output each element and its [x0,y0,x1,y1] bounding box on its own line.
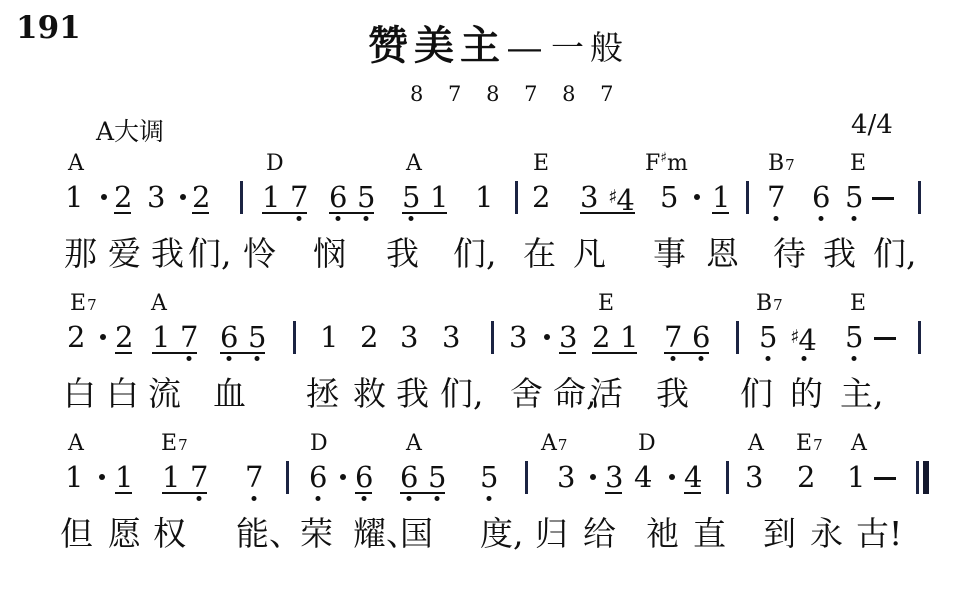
note-digit: 7 [245,462,262,492]
meter-numbers: 8 7 8 7 8 7 [410,82,623,106]
note-digit: ♯4 [790,322,817,352]
low-octave-dot [801,356,806,361]
beam-group: 65 [220,322,265,354]
note-digit: 7 [767,182,784,212]
digit: 2 [532,180,550,214]
digit: 5 [480,460,498,494]
key-signature-label: A大调 [96,112,164,148]
note-digit: 3 [442,322,459,352]
digit: 1 [115,460,133,494]
digit: 3 [147,180,165,214]
note-digit: 5 [248,322,265,352]
digit: 7 [245,460,263,494]
barline [293,321,296,354]
chord-symbol: B7 [768,151,795,176]
chord-seventh: 7 [813,436,823,454]
digit: 1 [430,180,448,214]
beam-group: 21 [592,322,637,354]
note-digit: 5 [845,182,862,212]
digit: 5 [428,460,446,494]
digit: 3 [745,460,763,494]
note-digit: ♯4 [608,182,635,212]
note-digit: 1 [475,182,492,212]
lyric-char: 祂 [646,516,679,552]
note-digit: 3 [509,322,526,352]
duration-dot [694,194,700,200]
note-digit: 6 [400,462,417,492]
digit: 5 [357,180,375,214]
note-digit: 6 [329,182,346,212]
extension-dash [874,337,896,340]
duration-dot [340,474,346,480]
digit: 3 [400,320,418,354]
duration-dot [544,334,550,340]
low-octave-dot [296,216,301,221]
note-digit: 6 [355,462,372,494]
time-signature: 4/4 [851,110,893,140]
note-digit: 1 [620,322,637,352]
chord-sharp-sign: ♯ [660,150,667,166]
lyric-char: 爱 [108,236,141,272]
extension-dash [872,197,894,200]
lyric-char: 给 [583,516,616,552]
barline [918,181,921,214]
digit: 6 [400,460,418,494]
lyric-char: 我 [151,236,184,272]
low-octave-dot [361,496,366,501]
low-octave-dot [408,216,413,221]
digit: 7 [290,180,308,214]
note-digit: 1 [847,462,864,492]
note-digit: 1 [65,182,82,212]
digit: 5 [845,180,863,214]
beam-group: 17 [162,462,207,494]
chord-seventh: 7 [558,436,568,454]
digit: 1 [847,460,865,494]
low-octave-dot [254,356,259,361]
digit: 7 [767,180,785,214]
lyric-char: 舍 [510,376,543,412]
chord-symbol: A7 [541,431,567,456]
digit: 2 [114,180,132,214]
beam-group: 3♯4 [580,182,635,214]
beam-group: 17 [262,182,307,214]
chord-symbol: D [638,431,656,456]
note-row: 22176512333321765♯45 [0,322,960,358]
digit: 6 [692,320,710,354]
low-octave-dot [773,216,778,221]
barline [525,461,528,494]
note-digit: 5 [480,462,497,492]
note-digit: 6 [309,462,326,492]
chord-symbol: A [151,291,167,316]
digit: 1 [620,320,638,354]
lyric-char: 永 [810,516,843,552]
note-digit: 7 [190,462,207,492]
chord-symbol: A [851,431,867,456]
low-octave-dot [196,496,201,501]
note-digit: 2 [360,322,377,352]
low-octave-dot [434,496,439,501]
lyric-char: 我 [823,236,856,272]
lyric-char: 归 [535,516,568,552]
duration-dot [100,334,106,340]
lyric-row: 但愿权能、荣耀、国度,归给祂直到永古! [0,516,960,560]
beam-group: 76 [664,322,709,354]
beam-group: 17 [152,322,197,354]
chord-symbol: D [310,431,328,456]
digit: 6 [309,460,327,494]
digit: 1 [152,320,170,354]
chord-symbol: E7 [796,431,823,456]
lyric-char: 我 [396,376,429,412]
title-separator: — [508,29,541,67]
lyric-char: 能、 [236,516,302,552]
lyric-row: 那爱我们,怜悯我们,在凡事恩待我们, [0,236,960,280]
duration-dot [99,474,105,480]
note-digit: 2 [114,182,131,214]
digit: 7 [664,320,682,354]
hymn-sheet: 191 赞美主 — 一般 8 7 8 7 8 7 A大调 4/4 ADAEF♯m… [0,0,960,589]
chord-symbol: B7 [756,291,783,316]
note-digit: 1 [65,462,82,492]
digit: 2 [360,320,378,354]
chord-symbol: A [748,431,764,456]
digit: 3 [509,320,527,354]
chord-symbol: E [598,291,614,316]
lyric-char: 们 [740,376,773,412]
note-digit: 6 [692,322,709,352]
digit: 3 [580,180,598,214]
lyric-char: 权 [153,516,186,552]
note-digit: 2 [532,182,549,212]
digit: 3 [605,460,623,494]
chord-symbol: E [850,291,866,316]
lyric-char: 白 [106,376,139,412]
lyric-char: 们, [188,236,232,272]
note-digit: 2 [115,322,132,354]
duration-dot [669,474,675,480]
final-barline [916,461,930,494]
chord-symbol: E7 [70,291,97,316]
barline [240,181,243,214]
lyric-char: 度, [480,516,524,552]
note-digit: 5 [759,322,776,352]
barline [736,321,739,354]
barline [918,321,921,354]
note-digit: 3 [400,322,417,352]
digit: 2 [797,460,815,494]
chord-symbol: A [68,151,84,176]
barline [515,181,518,214]
note-digit: 1 [115,462,132,494]
note-digit: 5 [845,322,862,352]
lyric-char: 在 [523,236,556,272]
chord-seventh: 7 [178,436,188,454]
digit: 3 [557,460,575,494]
lyric-char: 的 [790,376,823,412]
digit: 1 [712,180,730,214]
note-digit: 1 [262,182,279,212]
lyric-char: 直 [693,516,726,552]
note-digit: 1 [152,322,169,352]
chord-symbol: A [406,431,422,456]
digit: 5 [759,320,777,354]
note-digit: 3 [745,462,762,492]
low-octave-dot [406,496,411,501]
note-digit: 6 [220,322,237,352]
digit: 3 [559,320,577,354]
digit: 2 [67,320,85,354]
note-digit: 6 [812,182,829,212]
extension-dash [874,477,896,480]
note-digit: 1 [320,322,337,352]
note-digit: 4 [684,462,701,494]
chord-symbol: E7 [161,431,188,456]
chord-seventh: 7 [773,296,783,314]
lyric-char: 恩 [706,236,739,272]
digit: 7 [180,320,198,354]
lyric-char: 们, [453,236,497,272]
digit: 6 [220,320,238,354]
digit: 5 [402,180,420,214]
digit: 4 [798,323,816,357]
digit: 6 [355,460,373,494]
chord-symbol: A [68,431,84,456]
digit: 5 [845,320,863,354]
note-digit: 3 [559,322,576,354]
note-digit: 3 [147,182,164,212]
low-octave-dot [315,496,320,501]
note-digit: 2 [592,322,609,352]
note-digit: 2 [192,182,209,214]
lyric-char: 们, [440,376,484,412]
note-digit: 1 [430,182,447,212]
low-octave-dot [818,216,823,221]
barline [491,321,494,354]
lyric-char: 凡 [573,236,606,272]
lyric-char: 愿 [108,516,141,552]
note-digit: 2 [797,462,814,492]
note-digit: 2 [67,322,84,352]
chord-symbol: D [266,151,284,176]
note-digit: 3 [580,182,597,212]
note-digit: 1 [712,182,729,214]
digit: 1 [65,460,83,494]
lyric-char: 主, [840,376,884,412]
digit: 2 [192,180,210,214]
lyric-char: 事 [653,236,686,272]
chord-symbol: E [533,151,549,176]
note-digit: 3 [605,462,622,494]
digit: 1 [162,460,180,494]
digit: 2 [592,320,610,354]
duration-dot [180,194,186,200]
note-digit: 1 [162,462,179,492]
chord-seventh: 7 [785,156,795,174]
digit: 6 [812,180,830,214]
digit: 7 [190,460,208,494]
digit: 5 [248,320,266,354]
chord-seventh: 7 [87,296,97,314]
note-row: 11177666553344321 [0,462,960,498]
hymn-category: 一般 [551,22,629,69]
duration-dot [590,474,596,480]
final-bar-thin [916,461,919,494]
lyric-row: 白白流血拯救我们,舍命,活我们的主, [0,376,960,420]
note-digit: 7 [290,182,307,212]
low-octave-dot [851,216,856,221]
low-octave-dot [186,356,191,361]
lyric-char: 拯 [306,376,339,412]
digit: 2 [115,320,133,354]
lyric-char: 白 [63,376,96,412]
lyric-char: 救 [353,376,386,412]
digit: 1 [320,320,338,354]
beam-group: 51 [402,182,447,214]
digit: 5 [660,180,678,214]
low-octave-dot [251,496,256,501]
note-digit: 3 [557,462,574,492]
lyric-char: 我 [656,376,689,412]
note-digit: 7 [180,322,197,352]
digit: 4 [634,460,652,494]
digit: 3 [442,320,460,354]
digit: 1 [262,180,280,214]
note-digit: 7 [664,322,681,352]
lyric-char: 待 [773,236,806,272]
hymn-title: 赞美主 [368,14,506,71]
lyric-char: 古! [856,516,902,552]
page-number: 191 [16,10,81,46]
low-octave-dot [698,356,703,361]
lyric-char: 悯 [313,236,346,272]
lyric-char: 我 [386,236,419,272]
lyric-char: 活 [590,376,623,412]
lyric-char: 那 [64,236,97,272]
chord-symbol: E [850,151,866,176]
note-digit: 5 [428,462,445,492]
note-digit: 5 [660,182,677,212]
note-row: 1232176551123♯451765 [0,182,960,218]
beam-group: 65 [329,182,374,214]
digit: 6 [329,180,347,214]
beam-group: 65 [400,462,445,494]
low-octave-dot [226,356,231,361]
lyric-char: 但 [60,516,93,552]
low-octave-dot [851,356,856,361]
lyric-char: 到 [763,516,796,552]
chord-symbol: A [406,151,422,176]
lyric-char: 们, [873,236,917,272]
final-bar-thick [923,461,929,494]
low-octave-dot [486,496,491,501]
low-octave-dot [670,356,675,361]
note-digit: 5 [357,182,374,212]
lyric-char: 国 [400,516,433,552]
lyric-char: 血 [213,376,246,412]
low-octave-dot [335,216,340,221]
barline [746,181,749,214]
chord-symbol: F♯m [645,151,688,176]
digit: 4 [684,460,702,494]
note-digit: 4 [634,462,651,492]
lyric-char: 流 [148,376,181,412]
low-octave-dot [765,356,770,361]
low-octave-dot [363,216,368,221]
barline [726,461,729,494]
lyric-char: 怜 [243,236,276,272]
lyric-char: 荣 [300,516,333,552]
note-digit: 5 [402,182,419,212]
barline [286,461,289,494]
digit: 1 [475,180,493,214]
title-row: 赞美主 — 一般 [368,14,629,71]
digit: 4 [616,183,634,217]
duration-dot [101,194,107,200]
digit: 1 [65,180,83,214]
